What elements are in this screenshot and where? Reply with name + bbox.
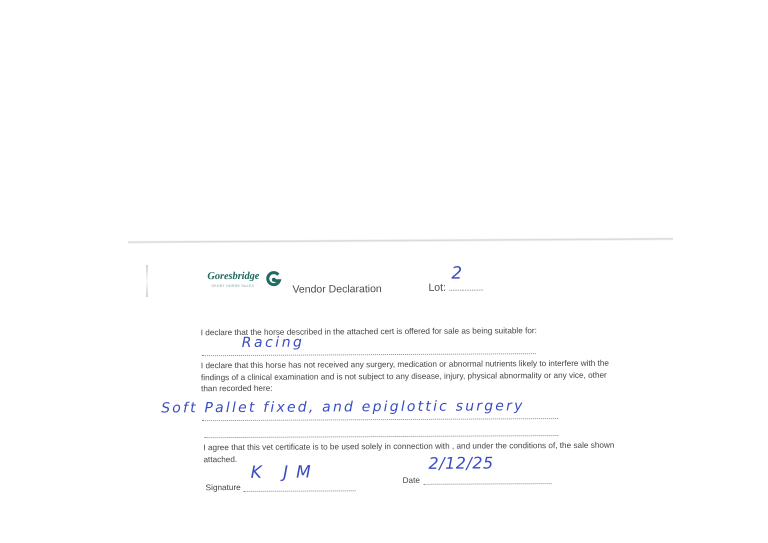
form-title: Vendor Declaration bbox=[292, 283, 381, 296]
signature-dotted-line bbox=[244, 490, 356, 492]
horseshoe-g-icon bbox=[265, 271, 281, 287]
lot-handwritten-value[interactable]: 2 bbox=[451, 264, 463, 284]
suitability-answer[interactable]: Racing bbox=[242, 335, 305, 351]
goresbridge-logo: Goresbridge SPORT HORSE SALES bbox=[207, 271, 287, 293]
logo-tagline: SPORT HORSE SALES bbox=[211, 284, 254, 288]
signature-label: Signature bbox=[206, 483, 241, 492]
lot-dotted-line: .................... bbox=[449, 283, 484, 292]
health-dotted-line-2 bbox=[204, 435, 558, 438]
health-answer[interactable]: Soft Pallet fixed, and epiglottic surger… bbox=[161, 398, 524, 416]
signature-handwritten[interactable]: K JM bbox=[251, 462, 319, 482]
suitability-dotted-line bbox=[202, 353, 536, 356]
logo-wordmark: Goresbridge bbox=[207, 271, 259, 282]
date-label: Date bbox=[403, 476, 420, 485]
health-statement: I declare that this horse has not receiv… bbox=[201, 358, 621, 395]
lot-label: Lot: bbox=[428, 282, 446, 294]
date-handwritten[interactable]: 2/12/25 bbox=[428, 453, 493, 472]
usage-agreement-statement: I agree that this vet certificate is to … bbox=[203, 440, 623, 466]
date-dotted-line bbox=[424, 483, 552, 485]
vendor-declaration-form: Goresbridge SPORT HORSE SALES Vendor Dec… bbox=[0, 0, 768, 543]
health-dotted-line-1 bbox=[202, 418, 558, 421]
